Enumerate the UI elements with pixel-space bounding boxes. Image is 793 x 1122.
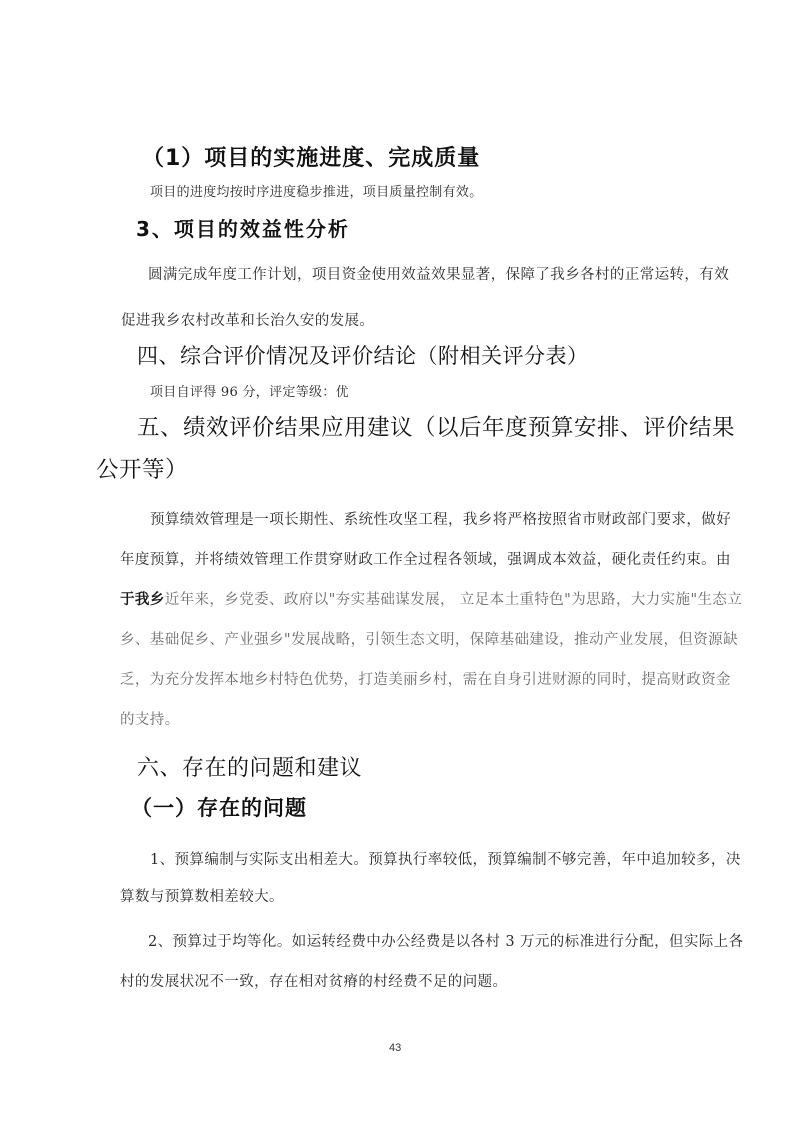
heading-benefit-analysis: 3、项目的效益性分析	[136, 213, 350, 242]
document-page: （1）项目的实施进度、完成质量 项目的进度均按时序进度稳步推进，项目质量控制有效…	[0, 0, 793, 1122]
paragraph-issue-2-line-1: 2、预算过于均等化。如运转经费中办公经费是以各村 3 万元的标准进行分配，但实际…	[148, 930, 743, 951]
paragraph-section-5-line-3-grey: 近年来，乡党委、政府以"夯实基础谋发展， 立足本土重特色"为思路，大力实施"生态…	[165, 592, 743, 608]
paragraph-section-5-line-3: 于我乡近年来，乡党委、政府以"夯实基础谋发展， 立足本土重特色"为思路，大力实施…	[120, 588, 742, 609]
paragraph-section-5-line-5: 乏，为充分发挥本地乡村特色优势，打造美丽乡村，需在自身引进财源的同时，提高财政资…	[120, 668, 731, 689]
paragraph-benefit-line-2: 促进我乡农村改革和长治久安的发展。	[121, 309, 374, 330]
paragraph-section-5-line-6: 的支持。	[120, 708, 180, 729]
heading-existing-problems: （一）存在的问题	[131, 792, 307, 822]
heading-section-4: 四、综合评价情况及评价结论（附相关评分表）	[137, 340, 589, 370]
page-number: 43	[389, 1042, 401, 1054]
paragraph-progress: 项目的进度均按时序进度稳步推进，项目质量控制有效。	[150, 181, 483, 200]
paragraph-self-evaluation: 项目自评得 96 分，评定等级：优	[150, 381, 349, 400]
heading-section-5-line-1: 五、绩效评价结果应用建议（以后年度预算安排、评价结果	[137, 410, 735, 442]
heading-progress-quality: （1）项目的实施进度、完成质量	[142, 141, 480, 172]
heading-section-6: 六、存在的问题和建议	[137, 751, 362, 782]
paragraph-issue-1-line-1: 1、预算编制与实际支出相差大。预算执行率较低，预算编制不够完善，年中追加较多，决	[150, 848, 741, 869]
paragraph-section-5-line-1: 预算绩效管理是一项长期性、系统性攻坚工程，我乡将严格按照省市财政部门要求，做好	[150, 508, 731, 529]
paragraph-issue-2-line-2: 村的发展状况不一致，存在相对贫瘠的村经费不足的问题。	[120, 970, 507, 991]
paragraph-benefit-line-1: 圆满完成年度工作计划，项目资金使用效益效果显著，保障了我乡各村的正常运转，有效	[148, 263, 729, 284]
paragraph-section-5-line-2: 年度预算，并将绩效管理工作贯穿财政工作全过程各领域，强调成本效益，硬化责任约束。…	[120, 548, 731, 569]
paragraph-section-5-line-4: 乡、基础促乡、产业强乡"发展战略，引领生态文明，保障基础建设，推动产业发展，但资…	[120, 628, 738, 649]
paragraph-issue-1-line-2: 算数与预算数相差较大。	[120, 885, 284, 906]
heading-section-5-line-2: 公开等）	[96, 452, 188, 484]
paragraph-section-5-line-3-dark: 于我乡	[120, 591, 165, 608]
